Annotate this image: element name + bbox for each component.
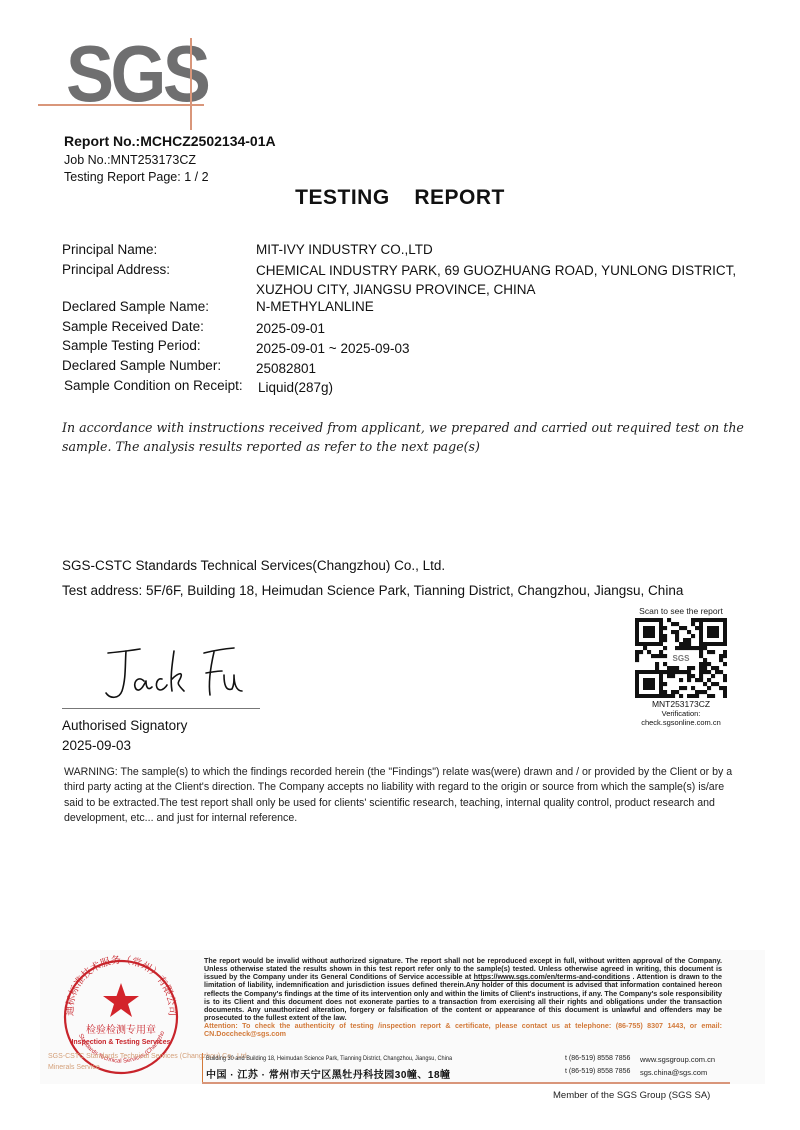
info-value: 2025-09-01 (256, 320, 762, 338)
qr-verification-block: Scan to see the report SGS MNT253173CZ V… (628, 606, 734, 727)
warning-text: WARNING: The sample(s) to which the find… (64, 765, 744, 826)
footer-email[interactable]: sgs.china@sgs.com (640, 1068, 707, 1077)
info-row-sample-number: Declared Sample Number: 25082801 (62, 357, 762, 375)
signatory-title: Authorised Signatory (62, 718, 187, 733)
info-label: Sample Testing Period: (62, 337, 256, 355)
sgs-logo: SGS (38, 28, 198, 118)
qr-verification-url: check.sgsonline.com.cn (628, 718, 734, 727)
footer-horizontal-line (202, 1082, 730, 1084)
page-title: TESTING REPORT (0, 186, 800, 210)
analysis-statement: In accordance with instructions received… (62, 418, 762, 456)
terms-link[interactable]: https://www.sgs.com/en/terms-and-conditi… (474, 973, 630, 981)
svg-text:SGS: SGS (673, 654, 691, 663)
info-value: 25082801 (256, 360, 762, 378)
info-label: Principal Address: (62, 261, 256, 299)
lab-address: Test address: 5F/6F, Building 18, Heimud… (62, 583, 683, 598)
footer-website[interactable]: www.sgsgroup.com.cn (640, 1055, 715, 1064)
info-label: Sample Received Date: (62, 318, 256, 336)
footer-vertical-line (202, 1053, 203, 1083)
lab-name: SGS-CSTC Standards Technical Services(Ch… (62, 558, 445, 573)
signature-date: 2025-09-03 (62, 738, 131, 753)
page-indicator: Testing Report Page: 1 / 2 (64, 170, 209, 184)
legal-text-part-2: . Attention is drawn to the limitation o… (204, 973, 722, 1022)
info-row-sample-name: Declared Sample Name: N-METHYLANLINE (62, 298, 762, 316)
legal-disclaimer: The report would be invalid without auth… (204, 957, 722, 1039)
info-label: Declared Sample Name: (62, 298, 256, 316)
info-label: Declared Sample Number: (62, 357, 256, 375)
svg-text:检验检测专用章: 检验检测专用章 (86, 1023, 156, 1036)
info-label: Sample Condition on Receipt: (62, 377, 258, 395)
stamp-minerals-text: Minerals Service (48, 1064, 100, 1071)
sample-info-table: Principal Name: MIT-IVY INDUSTRY CO.,LTD… (62, 241, 762, 396)
signature-image (100, 645, 250, 705)
footer-address-en: Building 30 and Building 18, Heimudan Sc… (206, 1055, 452, 1062)
info-value: MIT-IVY INDUSTRY CO.,LTD (256, 241, 762, 259)
sgs-member-note: Member of the SGS Group (SGS SA) (553, 1090, 710, 1101)
footer-phone-1: t (86-519) 8558 7856 (565, 1055, 630, 1062)
qr-code-icon[interactable]: SGS (635, 618, 727, 698)
authenticity-attention: Attention: To check the authenticity of … (204, 1022, 722, 1038)
logo-horizontal-line (38, 104, 204, 106)
info-value: N-METHYLANLINE (256, 298, 762, 316)
footer-phone-2: t (86-519) 8558 7856 (565, 1068, 630, 1075)
info-row-principal-name: Principal Name: MIT-IVY INDUSTRY CO.,LTD (62, 241, 762, 259)
info-row-principal-address: Principal Address: CHEMICAL INDUSTRY PAR… (62, 261, 762, 299)
job-number: Job No.:MNT253173CZ (64, 153, 196, 167)
sgs-logo-text: SGS (66, 34, 207, 114)
info-row-sample-condition: Sample Condition on Receipt: Liquid(287g… (62, 377, 762, 395)
qr-caption: Scan to see the report (628, 606, 734, 616)
footer-address-cn: 中国 · 江苏 · 常州市天宁区黑牡丹科技园30幢、18幢 (206, 1066, 451, 1081)
info-row-received-date: Sample Received Date: 2025-09-01 (62, 318, 762, 336)
signature-line (62, 708, 260, 709)
qr-job-number: MNT253173CZ (628, 699, 734, 709)
info-label: Principal Name: (62, 241, 256, 259)
report-number: Report No.:MCHCZ2502134-01A (64, 133, 276, 149)
qr-verification-label: Verification: (628, 709, 734, 718)
info-value: 2025-09-01 ~ 2025-09-03 (256, 340, 762, 358)
logo-vertical-line (190, 38, 192, 130)
info-value: CHEMICAL INDUSTRY PARK, 69 GUOZHUANG ROA… (256, 261, 762, 299)
info-value: Liquid(287g) (258, 379, 762, 397)
info-row-testing-period: Sample Testing Period: 2025-09-01 ~ 2025… (62, 337, 762, 355)
